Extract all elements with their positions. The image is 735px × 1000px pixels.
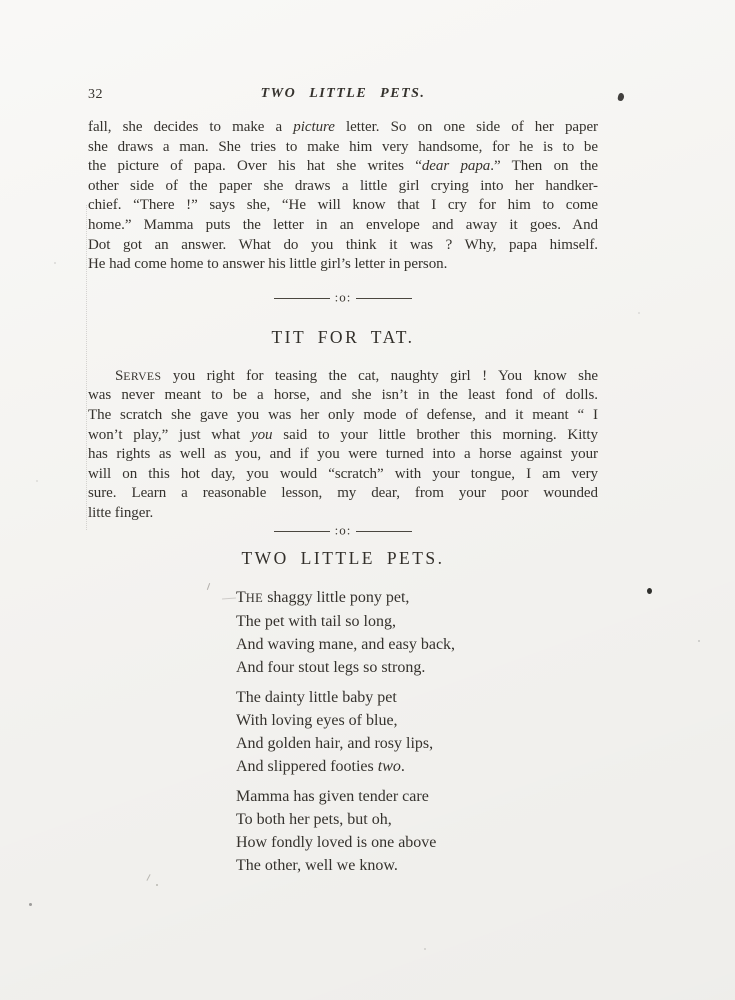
text-line: He had come home to answer his little gi… xyxy=(88,255,598,275)
text-line: The scratch she gave you was her only mo… xyxy=(88,406,598,426)
text-line: other side of the paper she draws a litt… xyxy=(88,177,598,197)
section-divider: :o: xyxy=(88,525,598,539)
text-line: The pet with tail so long, xyxy=(236,610,598,633)
poem-stanza-1: THE shaggy little pony pet,The pet with … xyxy=(236,586,598,679)
dust-speck xyxy=(638,312,640,314)
divider-rule-left xyxy=(274,298,330,299)
divider-rule-right xyxy=(356,531,412,532)
dust-speck xyxy=(424,948,426,950)
book-page-scan: 32 TWO LITTLE PETS. fall, she decides to… xyxy=(0,0,735,1000)
dust-speck xyxy=(54,262,56,264)
divider-ornament: :o: xyxy=(335,523,352,537)
ink-speck xyxy=(647,588,652,594)
text-line: The dainty little baby pet xyxy=(236,686,598,709)
text-line: litte finger. xyxy=(88,504,598,524)
text-line: sure. Learn a reasonable lesson, my dear… xyxy=(88,484,598,504)
text-line: Dot got an answer. What do you think it … xyxy=(88,236,598,256)
text-line: will on this hot day, you would “scratch… xyxy=(88,465,598,485)
dust-speck xyxy=(698,640,700,642)
text-line: won’t play,” just what you said to your … xyxy=(88,426,598,446)
text-line: With loving eyes of blue, xyxy=(236,709,598,732)
text-line: And waving mane, and easy back, xyxy=(236,633,598,656)
poem-stanza-2: The dainty little baby petWith loving ey… xyxy=(236,686,598,778)
scan-margin-artifact xyxy=(86,205,87,530)
text-line: she draws a man. She tries to make him v… xyxy=(88,138,598,158)
text-block: fall, she decides to make a picture lett… xyxy=(88,118,598,877)
section-divider: :o: xyxy=(88,292,598,306)
running-head: TWO LITTLE PETS. xyxy=(88,86,598,102)
text-line: The other, well we know. xyxy=(236,854,598,877)
poem-stanza-3: Mamma has given tender careTo both her p… xyxy=(236,785,598,877)
text-line: And slippered footies two. xyxy=(236,755,598,778)
text-line: Mamma has given tender care xyxy=(236,785,598,808)
text-line: fall, she decides to make a picture lett… xyxy=(88,118,598,138)
text-line: home.” Mamma puts the letter in an envel… xyxy=(88,216,598,236)
divider-rule-left xyxy=(274,531,330,532)
pencil-mark xyxy=(156,884,158,886)
text-line: was never meant to be a horse, and she i… xyxy=(88,386,598,406)
text-line: And golden hair, and rosy lips, xyxy=(236,732,598,755)
text-line: chief. “There !” says she, “He will know… xyxy=(88,196,598,216)
two-little-pets-heading: TWO LITTLE PETS. xyxy=(88,547,598,569)
dust-speck xyxy=(36,480,38,482)
text-line: And four stout legs so strong. xyxy=(236,656,598,679)
tit-for-tat-paragraph: SERVES you right for teasing the cat, na… xyxy=(88,367,598,524)
text-line: THE shaggy little pony pet, xyxy=(236,586,598,610)
text-line: SERVES you right for teasing the cat, na… xyxy=(88,367,598,387)
dust-speck xyxy=(29,903,32,906)
text-line: the picture of papa. Over his hat she wr… xyxy=(88,157,598,177)
two-little-pets-poem: THE shaggy little pony pet,The pet with … xyxy=(88,586,598,877)
tit-for-tat-heading: TIT FOR TAT. xyxy=(88,326,598,348)
divider-rule-right xyxy=(356,298,412,299)
divider-ornament: :o: xyxy=(335,290,352,304)
text-line: To both her pets, but oh, xyxy=(236,808,598,831)
text-line: How fondly loved is one above xyxy=(236,831,598,854)
ink-blot xyxy=(617,92,625,101)
story-continuation-paragraph: fall, she decides to make a picture lett… xyxy=(88,118,598,275)
text-line: has rights as well as you, and if you we… xyxy=(88,445,598,465)
